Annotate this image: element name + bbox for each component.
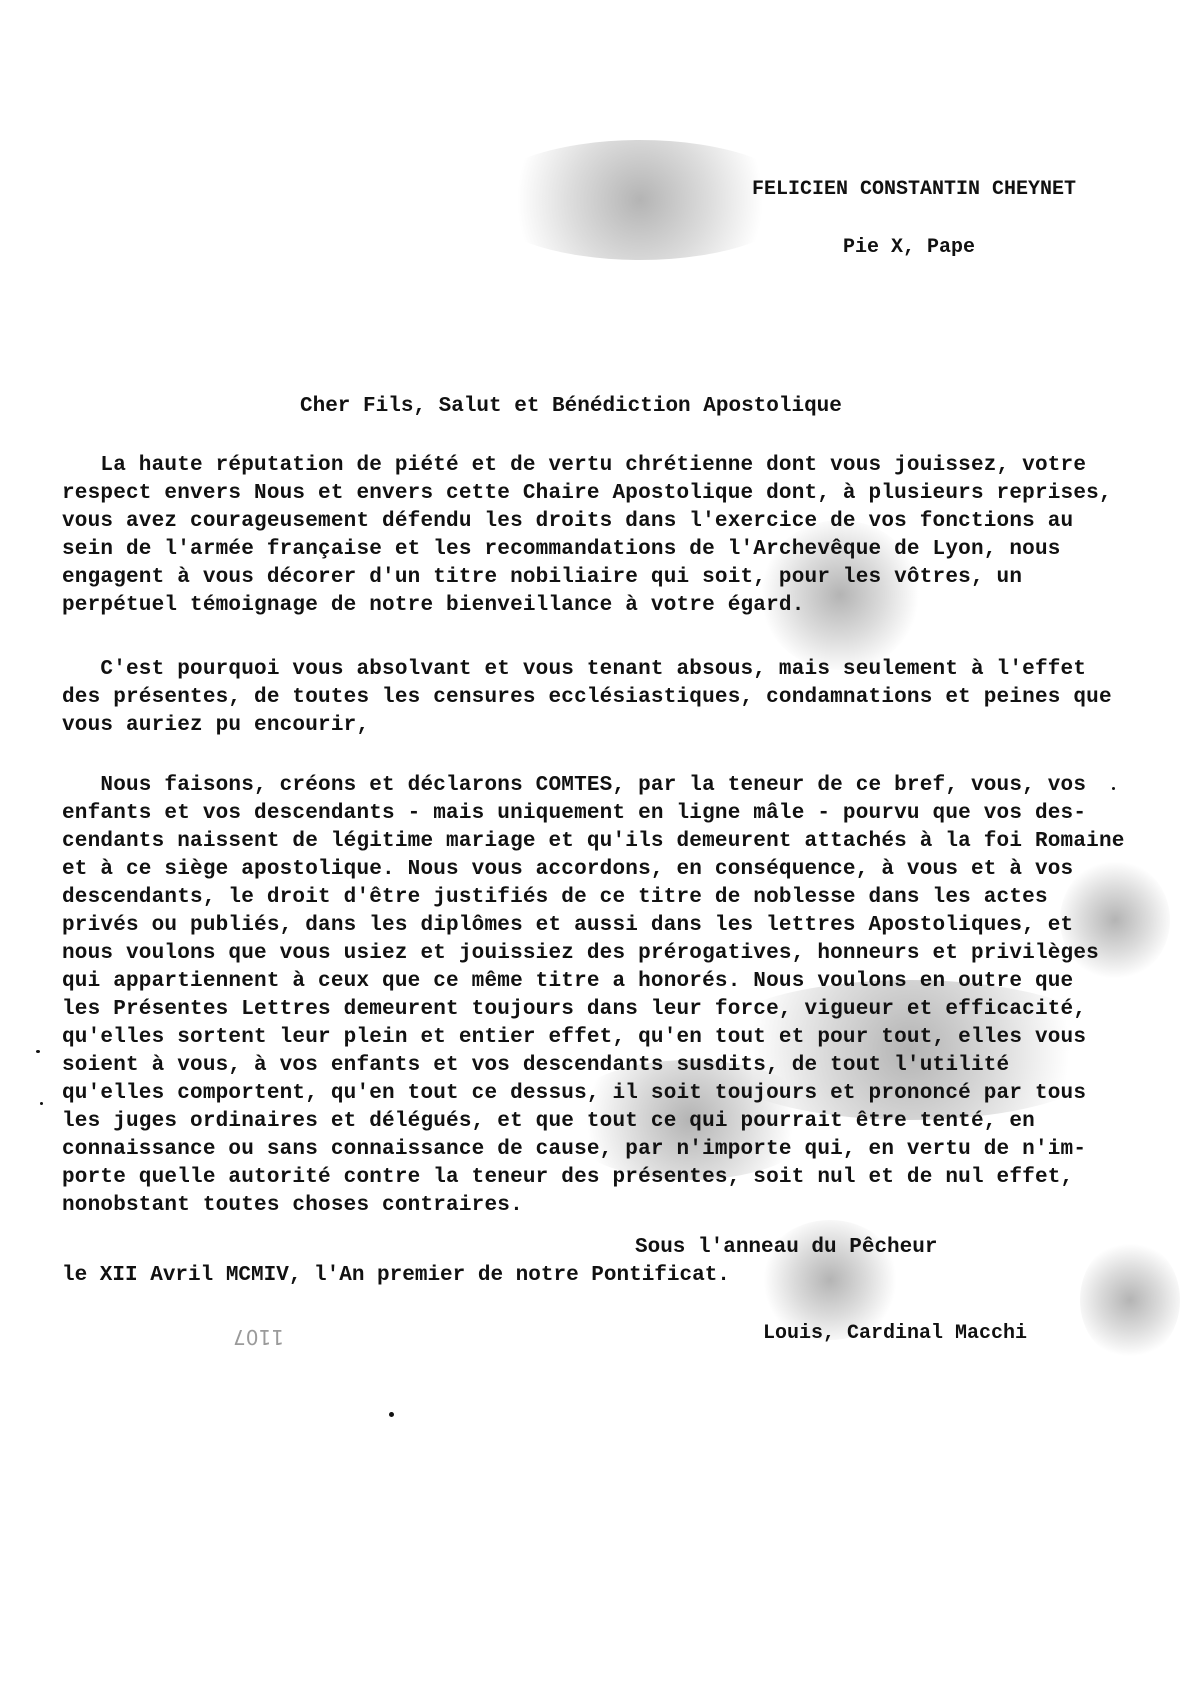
ink-dot xyxy=(40,1102,43,1105)
ink-dot xyxy=(36,1050,40,1053)
paragraph-3-line: connaissance ou sans connaissance de cau… xyxy=(62,1136,1086,1164)
paragraph-2-line: C'est pourquoi vous absolvant et vous te… xyxy=(62,656,1086,684)
paragraph-3-line: nonobstant toutes choses contraires. xyxy=(62,1192,523,1220)
paragraph-1-line: vous avez courageusement défendu les dro… xyxy=(62,508,1073,536)
signature: Louis, Cardinal Macchi xyxy=(763,1322,1027,1345)
paragraph-3-line: qu'elles comportent, qu'en tout ce dessu… xyxy=(62,1080,1086,1108)
paragraph-3-line: porte quelle autorité contre la teneur d… xyxy=(62,1164,1073,1192)
paragraph-3-line: nous voulons que vous usiez et jouissiez… xyxy=(62,940,1099,968)
photocopy-noise xyxy=(1080,1240,1180,1360)
paragraph-3-line: et à ce siège apostolique. Nous vous acc… xyxy=(62,856,1073,884)
paragraph-3-line: Nous faisons, créons et déclarons COMTES… xyxy=(62,772,1086,800)
salutation: Cher Fils, Salut et Bénédiction Apostoli… xyxy=(300,395,842,418)
paragraph-3-line: enfants et vos descendants - mais unique… xyxy=(62,800,1086,828)
paragraph-1-line: respect envers Nous et envers cette Chai… xyxy=(62,480,1112,508)
paragraph-3-line: qu'elles sortent leur plein et entier ef… xyxy=(62,1024,1086,1052)
issuer-name: Pie X, Pape xyxy=(843,236,975,259)
paragraph-2-line: vous auriez pu encourir, xyxy=(62,712,369,740)
ink-dot xyxy=(389,1412,394,1417)
paragraph-3-line: les Présentes Lettres demeurent toujours… xyxy=(62,996,1086,1024)
date-line: le XII Avril MCMIV, l'An premier de notr… xyxy=(62,1264,730,1287)
paragraph-1-line: perpétuel témoignage de notre bienveilla… xyxy=(62,592,805,620)
paragraph-3-line: qui appartiennent à ceux que ce même tit… xyxy=(62,968,1073,996)
paragraph-1-line: sein de l'armée française et les recomma… xyxy=(62,536,1061,564)
paragraph-1-line: engagent à vous décorer d'un titre nobil… xyxy=(62,564,1022,592)
paragraph-3-line: privés ou publiés, dans les diplômes et … xyxy=(62,912,1073,940)
archive-number: 1107 xyxy=(233,1325,284,1349)
paragraph-2-line: des présentes, de toutes les censures ec… xyxy=(62,684,1112,712)
paragraph-3-line: soient à vous, à vos enfants et vos desc… xyxy=(62,1052,1009,1080)
seal-line: Sous l'anneau du Pêcheur xyxy=(635,1236,937,1259)
ink-dot xyxy=(1112,787,1115,790)
paragraph-1-line: La haute réputation de piété et de vertu… xyxy=(62,452,1086,480)
letter-page: FELICIEN CONSTANTIN CHEYNET Pie X, Pape … xyxy=(0,0,1197,1685)
paragraph-3-line: descendants, le droit d'être justifiés d… xyxy=(62,884,1048,912)
recipient-name: FELICIEN CONSTANTIN CHEYNET xyxy=(752,178,1076,201)
paragraph-3-line: les juges ordinaires et délégués, et que… xyxy=(62,1108,1035,1136)
paragraph-3-line: cendants naissent de légitime mariage et… xyxy=(62,828,1125,856)
